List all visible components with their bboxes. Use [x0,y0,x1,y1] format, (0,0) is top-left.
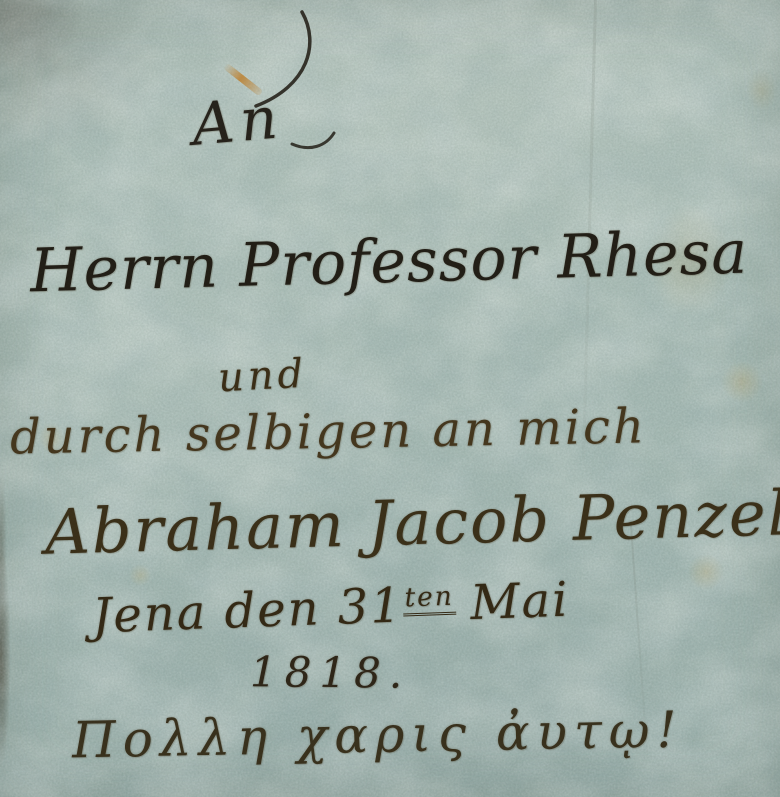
inscription-line-via: durch selbigen an mich [10,402,648,461]
inscription-line-place-date: Jena den 31tenMai [91,576,570,641]
inscription-line-owner-name: Abraham Jacob Penzel [44,482,780,563]
place-date-prefix: Jena den 31 [91,578,404,645]
inscription-line-conjunction: und [217,354,308,399]
inscription-line-salutation: An [190,88,286,154]
inscription-line-recipient: Herrn Professor Rhesa [29,223,748,302]
place-date-month: Mai [469,572,570,631]
inscription-line-year: 1818. [250,651,411,694]
inscription-line-greek-motto: Πολλη χαρις ἀυτῳ! [72,705,684,766]
manuscript-page: An Herrn Professor Rhesa und durch selbi… [0,0,780,797]
place-date-ordinal-superscript: ten [402,584,456,616]
